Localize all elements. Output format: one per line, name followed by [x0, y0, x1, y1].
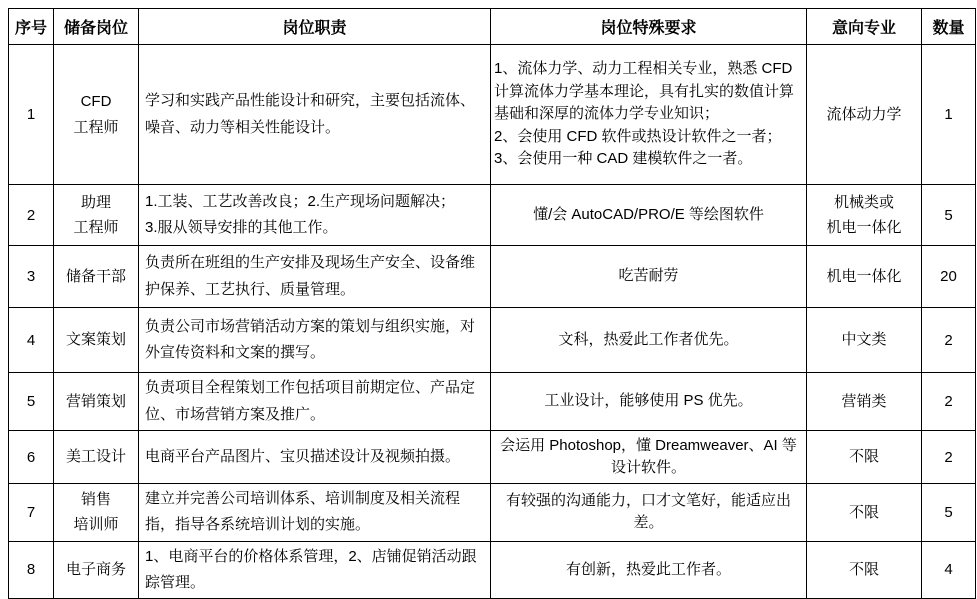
duty-cell: 负责公司市场营销活动方案的策划与组织实施，对外宣传资料和文案的撰写。 [139, 308, 491, 373]
header-serial-number: 序号 [9, 9, 54, 45]
header-quantity: 数量 [922, 9, 976, 45]
table-row: 6美工设计电商平台产品图片、宝贝描述设计及视频拍摄。会运用 Photoshop，… [9, 431, 976, 484]
row-number-cell: 1 [9, 45, 54, 185]
table-row: 3储备干部负责所在班组的生产安排及现场生产安全、设备维护保养、工艺执行、质量管理… [9, 246, 976, 308]
position-cell: 电子商务 [54, 541, 139, 599]
position-cell: 美工设计 [54, 431, 139, 484]
table-row: 4文案策划负责公司市场营销活动方案的策划与组织实施，对外宣传资料和文案的撰写。文… [9, 308, 976, 373]
major-cell: 营销类 [807, 373, 922, 431]
requirement-cell: 1、流体力学、动力工程相关专业，熟悉 CFD 计算流体力学基本理论，具有扎实的数… [491, 45, 807, 185]
position-cell: 营销策划 [54, 373, 139, 431]
header-reserve-position: 储备岗位 [54, 9, 139, 45]
requirement-cell: 懂/会 AutoCAD/PRO/E 等绘图软件 [491, 185, 807, 246]
requirement-cell: 有创新，热爱此工作者。 [491, 541, 807, 599]
row-number-cell: 3 [9, 246, 54, 308]
count-cell: 2 [922, 308, 976, 373]
requirement-cell: 会运用 Photoshop，懂 Dreamweaver、AI 等设计软件。 [491, 431, 807, 484]
duty-cell: 负责所在班组的生产安排及现场生产安全、设备维护保养、工艺执行、质量管理。 [139, 246, 491, 308]
requirement-cell: 有较强的沟通能力，口才文笔好，能适应出差。 [491, 484, 807, 542]
row-number-cell: 8 [9, 541, 54, 599]
requirement-cell: 吃苦耐劳 [491, 246, 807, 308]
row-number-cell: 5 [9, 373, 54, 431]
major-cell: 流体动力学 [807, 45, 922, 185]
header-special-requirements: 岗位特殊要求 [491, 9, 807, 45]
duty-cell: 电商平台产品图片、宝贝描述设计及视频拍摄。 [139, 431, 491, 484]
requirement-cell: 文科，热爱此工作者优先。 [491, 308, 807, 373]
duty-cell: 1、电商平台的价格体系管理，2、店铺促销活动跟踪管理。 [139, 541, 491, 599]
duty-cell: 建立并完善公司培训体系、培训制度及相关流程指，指导各系统培训计划的实施。 [139, 484, 491, 542]
table-row: 1CFD 工程师学习和实践产品性能设计和研究，主要包括流体、噪音、动力等相关性能… [9, 45, 976, 185]
duty-cell: 负责项目全程策划工作包括项目前期定位、产品定位、市场营销方案及推广。 [139, 373, 491, 431]
count-cell: 5 [922, 484, 976, 542]
major-cell: 不限 [807, 484, 922, 542]
count-cell: 4 [922, 541, 976, 599]
position-cell: 文案策划 [54, 308, 139, 373]
major-cell: 机械类或 机电一体化 [807, 185, 922, 246]
header-job-duties: 岗位职责 [139, 9, 491, 45]
row-number-cell: 2 [9, 185, 54, 246]
count-cell: 5 [922, 185, 976, 246]
major-cell: 不限 [807, 431, 922, 484]
table-body: 1CFD 工程师学习和实践产品性能设计和研究，主要包括流体、噪音、动力等相关性能… [9, 45, 976, 599]
major-cell: 机电一体化 [807, 246, 922, 308]
row-number-cell: 6 [9, 431, 54, 484]
table-row: 5营销策划负责项目全程策划工作包括项目前期定位、产品定位、市场营销方案及推广。工… [9, 373, 976, 431]
position-cell: CFD 工程师 [54, 45, 139, 185]
count-cell: 2 [922, 431, 976, 484]
major-cell: 中文类 [807, 308, 922, 373]
table-header-row: 序号 储备岗位 岗位职责 岗位特殊要求 意向专业 数量 [9, 9, 976, 45]
table-row: 8电子商务1、电商平台的价格体系管理，2、店铺促销活动跟踪管理。有创新，热爱此工… [9, 541, 976, 599]
duty-cell: 学习和实践产品性能设计和研究，主要包括流体、噪音、动力等相关性能设计。 [139, 45, 491, 185]
duty-cell: 1.工装、工艺改善改良；2.生产现场问题解决； 3.服从领导安排的其他工作。 [139, 185, 491, 246]
count-cell: 2 [922, 373, 976, 431]
count-cell: 20 [922, 246, 976, 308]
row-number-cell: 4 [9, 308, 54, 373]
table-row: 7销售 培训师建立并完善公司培训体系、培训制度及相关流程指，指导各系统培训计划的… [9, 484, 976, 542]
requirement-cell: 工业设计，能够使用 PS 优先。 [491, 373, 807, 431]
position-cell: 储备干部 [54, 246, 139, 308]
position-cell: 销售 培训师 [54, 484, 139, 542]
table-row: 2助理 工程师1.工装、工艺改善改良；2.生产现场问题解决； 3.服从领导安排的… [9, 185, 976, 246]
count-cell: 1 [922, 45, 976, 185]
header-intended-major: 意向专业 [807, 9, 922, 45]
recruitment-table: 序号 储备岗位 岗位职责 岗位特殊要求 意向专业 数量 1CFD 工程师学习和实… [8, 8, 976, 599]
major-cell: 不限 [807, 541, 922, 599]
row-number-cell: 7 [9, 484, 54, 542]
position-cell: 助理 工程师 [54, 185, 139, 246]
